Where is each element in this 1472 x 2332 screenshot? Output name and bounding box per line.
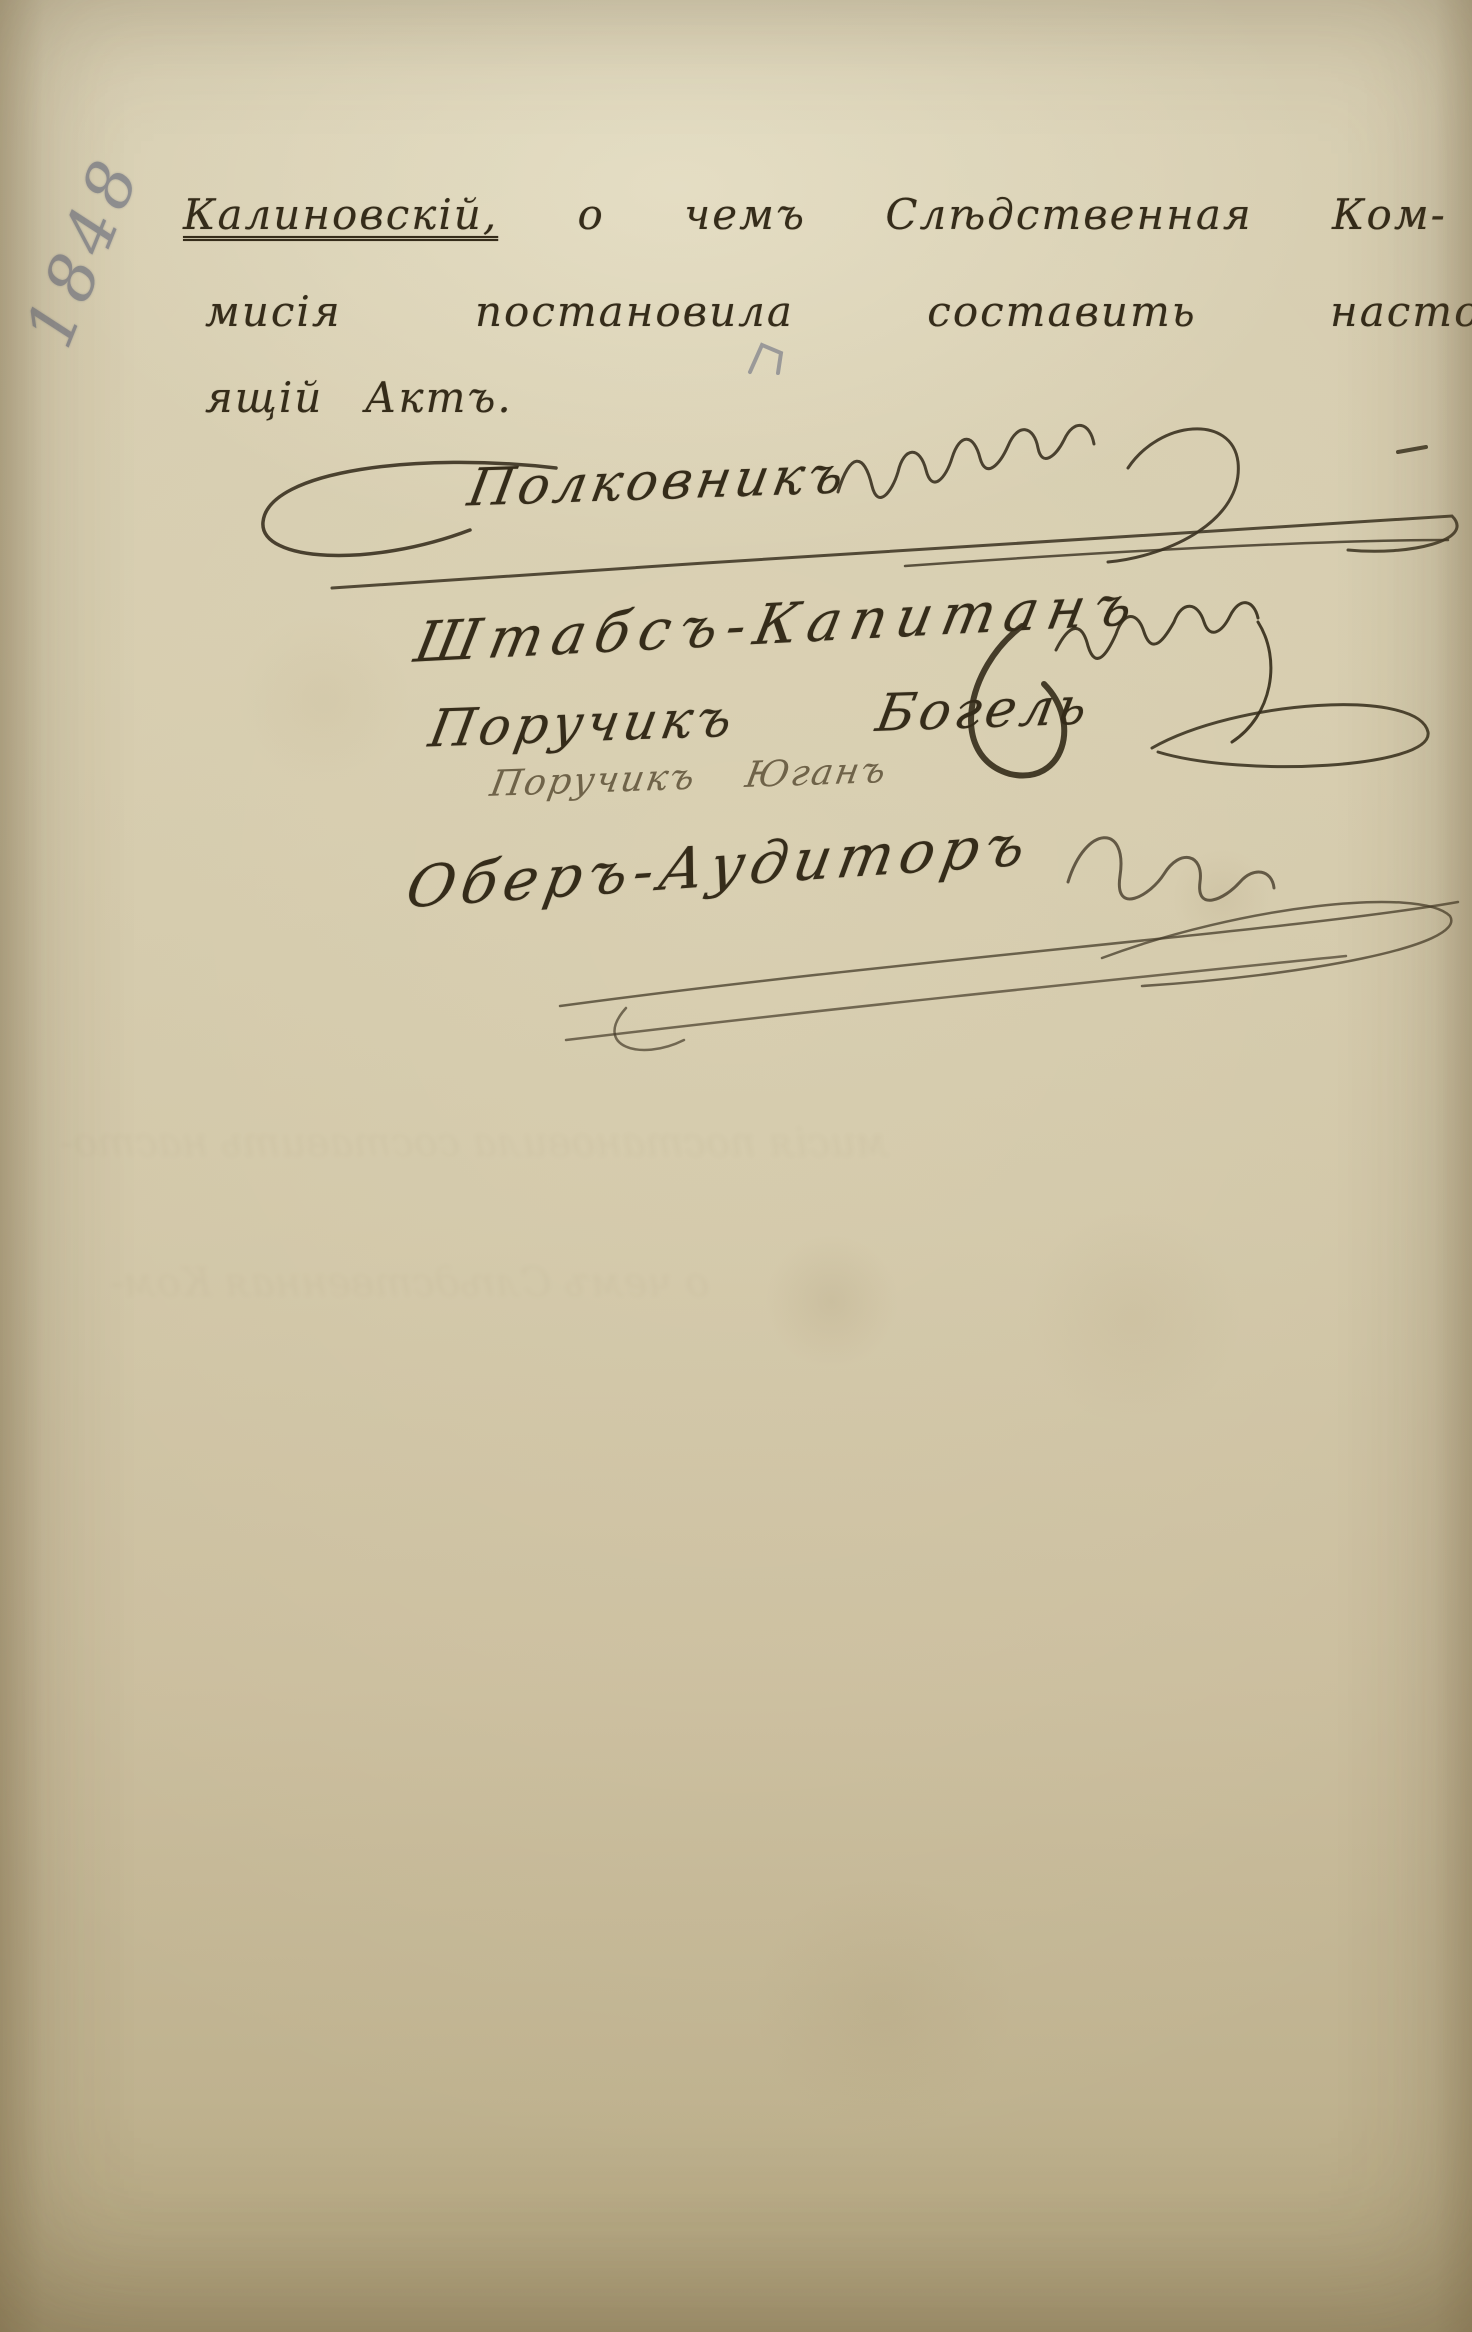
edge-vignette xyxy=(0,0,1472,2332)
manuscript-page: { "margin_note": { "pencil_number": "184… xyxy=(0,0,1472,2332)
